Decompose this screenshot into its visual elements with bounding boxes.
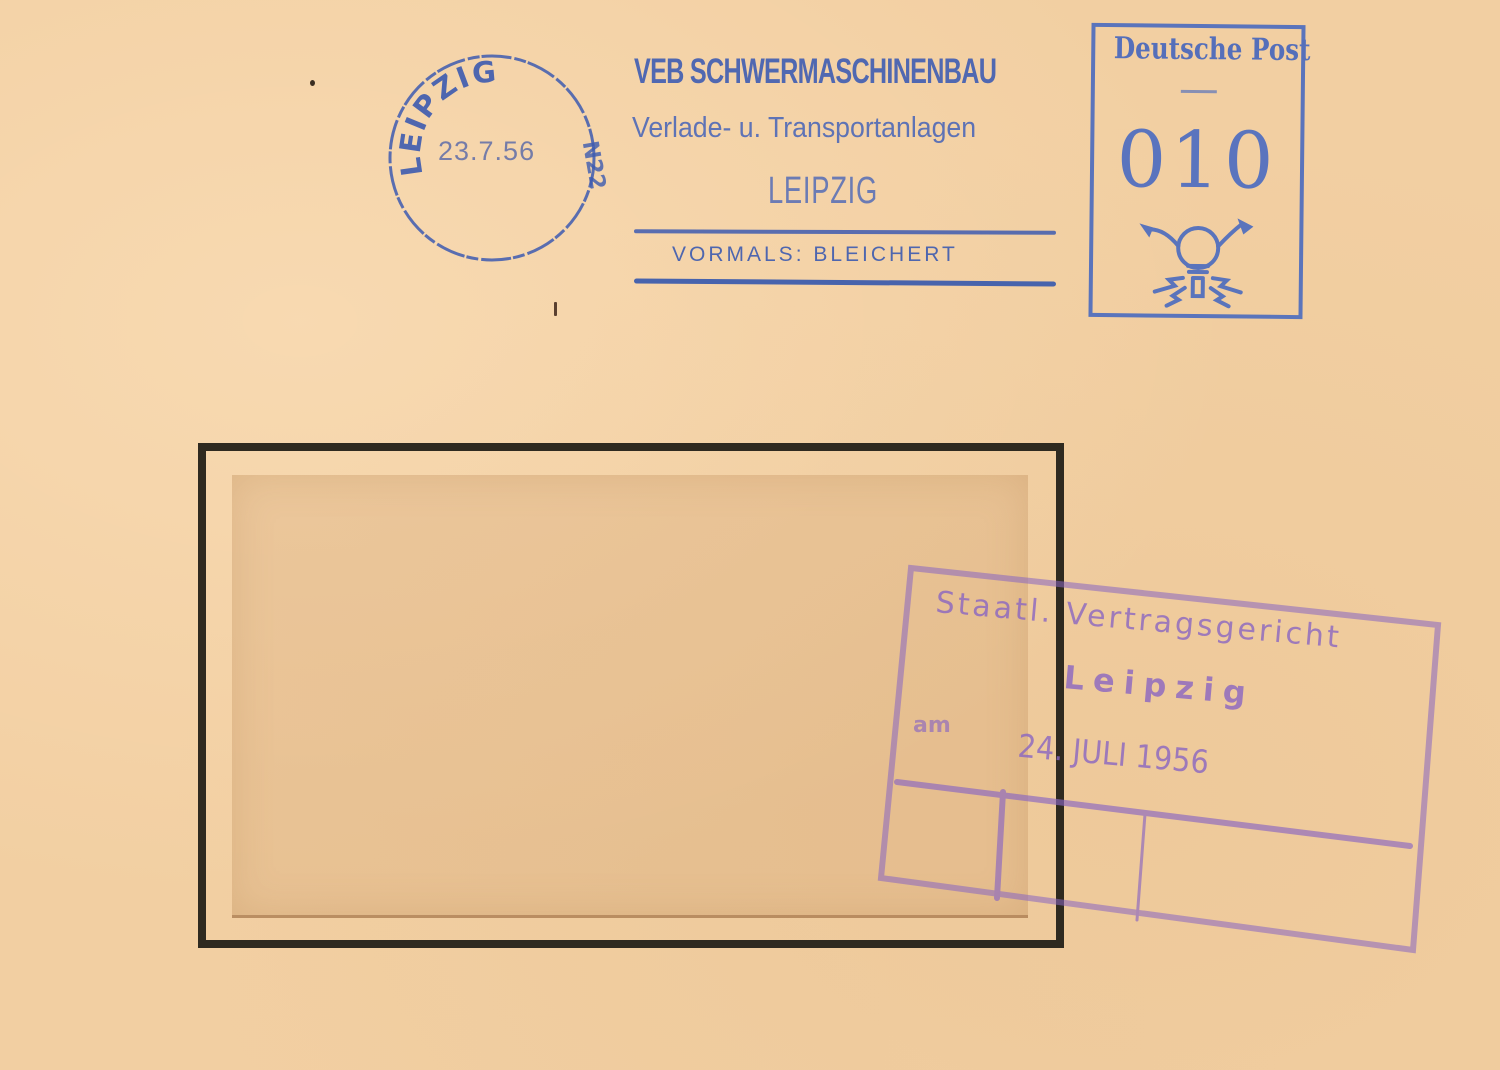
receipt-stamp-frame-icon: Staatl. Vertragsgericht Leipzig am 24. J… (873, 560, 1443, 950)
postmark-office: N22 (577, 139, 610, 192)
cachet-company-name: VEB SCHWERMASCHINENBAU (634, 52, 936, 92)
court-receipt-stamp: Staatl. Vertragsgericht Leipzig am 24. J… (873, 560, 1443, 950)
meter-value: 010 (1094, 115, 1301, 207)
paper-speck (310, 80, 315, 86)
company-cachet: VEB SCHWERMASCHINENBAU Verlade- u. Trans… (628, 48, 1058, 293)
receipt-authority: Staatl. Vertragsgericht (934, 585, 1343, 655)
receipt-city: Leipzig (1062, 658, 1256, 713)
cachet-rule-bottom (634, 279, 1056, 287)
postmark-circle-icon: LEIPZIG N22 23.7.56 (386, 52, 598, 264)
cachet-city: LEIPZIG (768, 170, 878, 213)
postmark-date: 23.7.56 (438, 136, 535, 166)
cachet-formerly: VORMALS: BLEICHERT (672, 243, 958, 267)
posthorn-with-lightning-icon (1133, 217, 1264, 308)
receipt-prefix: am (913, 713, 951, 738)
paper-speck (554, 302, 557, 316)
meter-franking-stamp: Deutsche Post 010 (1088, 23, 1305, 319)
receipt-date: 24. JULI 1956 (1016, 728, 1210, 781)
meter-dash (1181, 90, 1217, 93)
meter-header: Deutsche Post (1114, 31, 1283, 68)
cachet-rule-top (634, 229, 1056, 234)
cachet-division: Verlade- u. Transportanlagen (632, 112, 976, 145)
circular-postmark: LEIPZIG N22 23.7.56 (386, 52, 598, 264)
